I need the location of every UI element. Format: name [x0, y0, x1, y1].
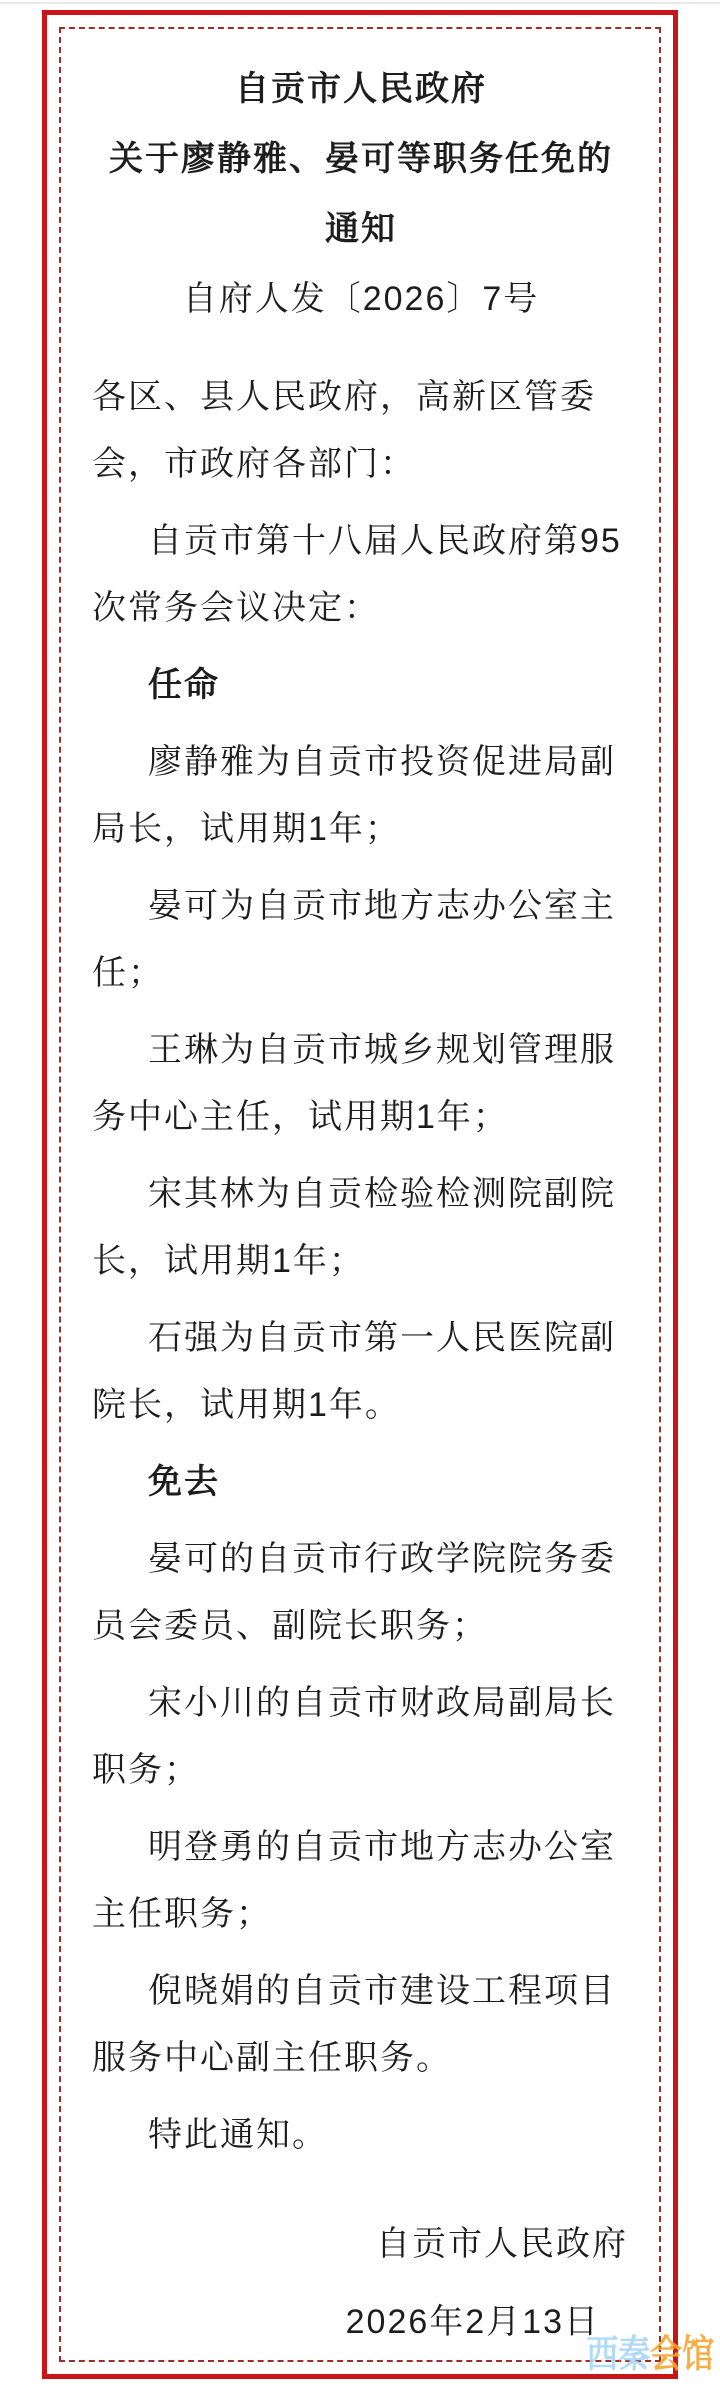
closing-line: 特此通知。	[92, 2102, 630, 2169]
watermark-text-orange: 会馆	[650, 2334, 714, 2376]
watermark-text-blue: 西秦	[586, 2334, 650, 2376]
removal-item: 宋小川的自贡市财政局副局长职务；	[92, 1670, 630, 1804]
appointment-item: 宋其林为自贡检验检测院副院长，试用期1年；	[92, 1161, 630, 1295]
signature-date: 2026年2月13日	[92, 2289, 600, 2356]
salutation: 各区、县人民政府，高新区管委会，市政府各部门：	[92, 364, 630, 498]
page-top-divider	[0, 2, 720, 4]
document-page: 自贡市人民政府 关于廖静雅、晏可等职务任免的通知 自府人发〔2026〕7号 各区…	[0, 0, 720, 2389]
removal-item: 晏可的自贡市行政学院院务委员会委员、副院长职务；	[92, 1526, 630, 1660]
outer-red-border: 自贡市人民政府 关于廖静雅、晏可等职务任免的通知 自府人发〔2026〕7号 各区…	[42, 10, 678, 2379]
intro-paragraph: 自贡市第十八届人民政府第95次常务会议决定：	[92, 508, 630, 642]
appointment-item: 王琳为自贡市城乡规划管理服务中心主任，试用期1年；	[92, 1017, 630, 1151]
signature-block: 自贡市人民政府 2026年2月13日	[92, 2211, 630, 2356]
removal-item: 倪晓娟的自贡市建设工程项目服务中心副主任职务。	[92, 1958, 630, 2092]
signature-issuer: 自贡市人民政府	[92, 2211, 628, 2278]
appointment-item: 晏可为自贡市地方志办公室主任；	[92, 873, 630, 1007]
document-content: 自贡市人民政府 关于廖静雅、晏可等职务任免的通知 自府人发〔2026〕7号 各区…	[61, 29, 659, 2360]
removal-item: 明登勇的自贡市地方志办公室主任职务；	[92, 1814, 630, 1948]
inner-dashed-border: 自贡市人民政府 关于廖静雅、晏可等职务任免的通知 自府人发〔2026〕7号 各区…	[59, 27, 661, 2362]
section-heading-appointments: 任命	[92, 652, 630, 719]
document-title: 自贡市人民政府 关于廖静雅、晏可等职务任免的通知	[92, 54, 630, 264]
appointment-item: 石强为自贡市第一人民医院副院长，试用期1年。	[92, 1305, 630, 1439]
watermark: 西秦会馆	[586, 2336, 714, 2374]
section-heading-removals: 免去	[92, 1449, 630, 1516]
appointment-item: 廖静雅为自贡市投资促进局副局长，试用期1年；	[92, 729, 630, 863]
issuer-title: 自贡市人民政府	[92, 54, 630, 124]
document-number: 自府人发〔2026〕7号	[92, 264, 630, 334]
subject-title: 关于廖静雅、晏可等职务任免的通知	[92, 124, 630, 264]
